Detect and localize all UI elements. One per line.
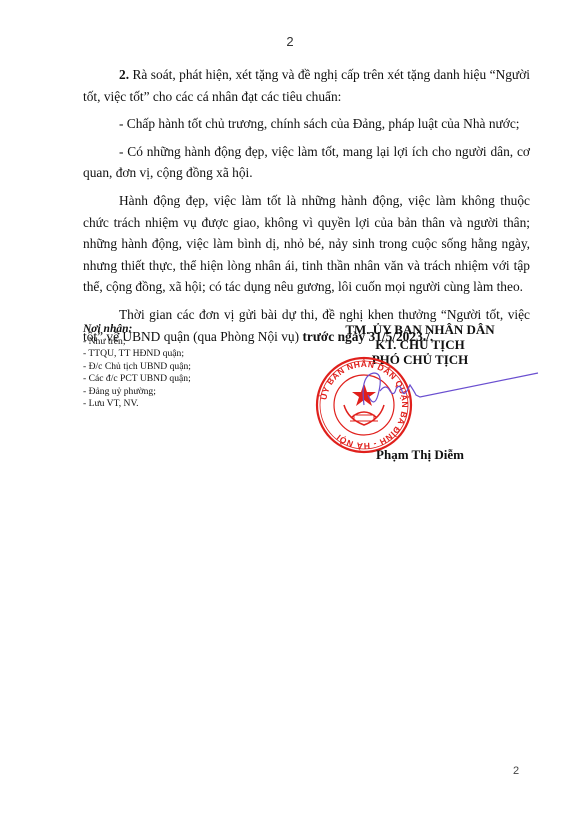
criteria-2: - Có những hành động đẹp, việc làm tốt, … (83, 141, 530, 184)
recipient-item: - Lưu VT, NV. (83, 398, 303, 410)
definition-paragraph: Hành động đẹp, việc làm tốt là những hàn… (83, 190, 530, 298)
recipient-item: - Các đ/c PCT UBND quận; (83, 373, 303, 385)
recipient-item: - Như trên; (83, 336, 303, 348)
page-number-bottom: 2 (513, 765, 519, 777)
page-number-top: 2 (0, 34, 580, 49)
recipients-block: Nơi nhận: - Như trên; - TTQU, TT HĐND qu… (83, 322, 303, 410)
criteria-1: - Chấp hành tốt chủ trương, chính sách c… (83, 113, 530, 135)
recipients-title: Nơi nhận: (83, 322, 303, 336)
signature-line-1: TM. ỦY BAN NHÂN DÂN (300, 322, 540, 337)
signer-name: Phạm Thị Diễm (300, 447, 540, 463)
recipient-item: - TTQU, TT HĐND quận; (83, 348, 303, 360)
recipient-item: - Đ/c Chủ tịch UBND quận; (83, 361, 303, 373)
item-2-number: 2. (119, 67, 129, 82)
signature-line-2: KT. CHỦ TỊCH (300, 337, 540, 352)
handwritten-signature-icon (360, 365, 540, 415)
item-2-text: Rà soát, phát hiện, xét tặng và đề nghị … (83, 67, 530, 104)
document-body: 2. Rà soát, phát hiện, xét tặng và đề ng… (83, 64, 530, 353)
item-2-paragraph: 2. Rà soát, phát hiện, xét tặng và đề ng… (83, 64, 530, 107)
recipient-item: - Đảng uỷ phường; (83, 386, 303, 398)
